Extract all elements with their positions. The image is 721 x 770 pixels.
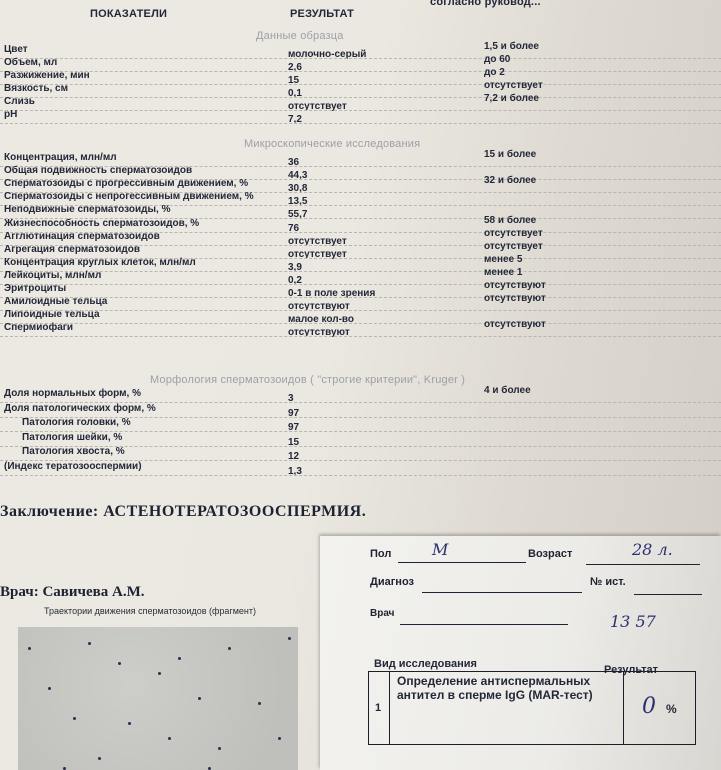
- result-row: Амилоидные тельцаотсутствуютотсутствуют: [0, 296, 721, 310]
- history-number-field: [634, 594, 702, 595]
- diagnosis-label: Диагноз: [370, 576, 414, 588]
- cell-dot: [73, 717, 76, 720]
- result-row: Лейкоциты, млн/мл0,2менее 1: [0, 270, 721, 284]
- antibody-test-table: 1 Определение антиспермальных антител в …: [368, 671, 696, 745]
- result-row: Патология головки, %97: [0, 417, 721, 431]
- row-norm: отсутствует: [484, 228, 543, 239]
- section-title: Микроскопические исследования: [244, 138, 420, 150]
- row-norm: 15 и более: [484, 149, 536, 160]
- row-norm: 58 и более: [484, 215, 536, 226]
- row-label: Эритроциты: [4, 283, 66, 294]
- section-title: Данные образца: [256, 30, 344, 42]
- section-title: Морфология сперматозоидов ( "строгие кри…: [150, 374, 465, 386]
- row-norm: менее 5: [484, 254, 522, 265]
- result-row: Разжижение, мин15до 2: [0, 70, 721, 84]
- result-row: Патология хвоста, %12: [0, 446, 721, 460]
- cell-dot: [28, 647, 31, 650]
- result-row: Неподвижные сперматозоиды, %55,7: [0, 204, 721, 218]
- row-label: Неподвижные сперматозоиды, %: [4, 204, 170, 215]
- row-norm: 4 и более: [484, 385, 531, 396]
- row-label: Цвет: [4, 44, 28, 55]
- result-row: Доля патологических форм, %97: [0, 403, 721, 417]
- row-norm: менее 1: [484, 267, 522, 278]
- row-label: Патология хвоста, %: [22, 446, 125, 457]
- row-divider: [0, 336, 721, 337]
- conclusion: Заключение: АСТЕНОТЕРАТОЗООСПЕРМИЯ.: [0, 503, 366, 521]
- test-number: 1: [375, 702, 381, 714]
- cell-dot: [168, 737, 171, 740]
- row-label: Липоидные тельца: [4, 309, 100, 320]
- result-row: Эритроциты0-1 в поле зренияотсутствуют: [0, 283, 721, 297]
- test-name: Определение антиспермальных антител в сп…: [397, 674, 617, 702]
- sex-label: Пол: [370, 548, 391, 560]
- row-label: Общая подвижность сперматозоидов: [4, 165, 192, 176]
- table-header-type: Вид исследования: [374, 658, 477, 670]
- row-norm: отсутствует: [484, 80, 543, 91]
- form-doctor-label: Врач: [370, 608, 394, 619]
- row-norm: 1,5 и более: [484, 41, 539, 52]
- row-label: Агрегация сперматозоидов: [4, 244, 140, 255]
- row-label: Патология шейки, %: [22, 432, 122, 443]
- row-label: Вязкость, см: [4, 83, 68, 94]
- handwritten-time: 13 57: [610, 612, 656, 631]
- cell-dot: [118, 662, 121, 665]
- test-result-value: 0: [642, 694, 656, 719]
- row-norm: до 60: [484, 54, 510, 65]
- header-result: РЕЗУЛЬТАТ: [290, 8, 354, 20]
- cell-dot: [218, 747, 221, 750]
- cell-dot: [198, 697, 201, 700]
- row-label: Сперматозоиды с прогрессивным движением,…: [4, 178, 248, 189]
- row-label: Спермиофаги: [4, 322, 73, 333]
- doctor-name: Врач: Савичева А.М.: [0, 584, 145, 601]
- row-norm: отсутствуют: [484, 280, 546, 291]
- row-label: Доля патологических форм, %: [4, 403, 156, 414]
- row-label: Слизь: [4, 96, 35, 107]
- row-label: Жизнеспособность сперматозоидов, %: [4, 218, 199, 229]
- row-label: Лейкоциты, млн/мл: [4, 270, 101, 281]
- header-norm: согласно руковод...: [430, 0, 541, 8]
- row-label: Агглютинация сперматозоидов: [4, 231, 160, 242]
- cell-dot: [278, 737, 281, 740]
- row-norm: до 2: [484, 67, 505, 78]
- result-row: Агглютинация сперматозоидовотсутствуетот…: [0, 231, 721, 245]
- result-row: Слизьотсутствует7,2 и более: [0, 96, 721, 110]
- result-row: Спермиофагиотсутствуютотсутствуют: [0, 322, 721, 336]
- row-norm: 32 и более: [484, 175, 536, 186]
- row-label: Объем, мл: [4, 57, 57, 68]
- row-label: Амилоидные тельца: [4, 296, 107, 307]
- result-row: Липоидные тельцамалое кол-во: [0, 309, 721, 323]
- row-label: Доля нормальных форм, %: [4, 388, 141, 399]
- result-row: Патология шейки, %15: [0, 432, 721, 446]
- row-norm: отсутствует: [484, 241, 543, 252]
- cell-dot: [228, 647, 231, 650]
- cell-dot: [158, 672, 161, 675]
- row-divider: [0, 123, 721, 124]
- cell-dot: [178, 657, 181, 660]
- result-row: Цветмолочно-серый1,5 и более: [0, 44, 721, 58]
- row-label: Сперматозоиды с непрогессивным движением…: [4, 191, 254, 202]
- cell-dot: [88, 642, 91, 645]
- diagnosis-field: [422, 592, 582, 593]
- microscopy-image: [18, 627, 298, 770]
- row-label: Концентрация круглых клеток, млн/мл: [4, 257, 196, 268]
- result-row: Доля нормальных форм, %34 и более: [0, 388, 721, 402]
- result-row: Агрегация сперматозоидовотсутствуетотсут…: [0, 244, 721, 258]
- age-label: Возраст: [528, 548, 572, 560]
- result-row: Сперматозоиды с прогрессивным движением,…: [0, 178, 721, 192]
- result-row: Жизнеспособность сперматозоидов, %7658 и…: [0, 218, 721, 232]
- history-number-label: № ист.: [590, 576, 626, 588]
- row-label: Концентрация, млн/мл: [4, 152, 117, 163]
- test-result-cell: 0 %: [623, 672, 696, 744]
- sex-value: М: [432, 540, 448, 559]
- row-divider: [0, 475, 721, 476]
- sex-field: [398, 562, 526, 563]
- cell-dot: [258, 702, 261, 705]
- row-norm: отсутствуют: [484, 293, 546, 304]
- age-field: [586, 564, 700, 565]
- row-label: (Индекс тератозооспермии): [4, 461, 142, 472]
- row-norm: 7,2 и более: [484, 93, 539, 104]
- form-doctor-field: [400, 624, 568, 625]
- trajectory-caption: Траектории движения сперматозоидов (фраг…: [44, 606, 256, 616]
- header-indicator: ПОКАЗАТЕЛИ: [90, 8, 167, 20]
- test-result-unit: %: [666, 702, 677, 716]
- result-row: Концентрация, млн/мл3615 и более: [0, 152, 721, 166]
- result-row: Концентрация круглых клеток, млн/мл3,9ме…: [0, 257, 721, 271]
- cell-dot: [128, 722, 131, 725]
- row-label: Разжижение, мин: [4, 70, 90, 81]
- result-row: (Индекс тератозооспермии)1,3: [0, 461, 721, 475]
- result-row: Общая подвижность сперматозоидов44,3: [0, 165, 721, 179]
- result-row: Вязкость, см0,1отсутствует: [0, 83, 721, 97]
- result-row: Объем, мл2,6до 60: [0, 57, 721, 71]
- result-row: Сперматозоиды с непрогессивным движением…: [0, 191, 721, 205]
- row-label: pH: [4, 109, 17, 120]
- lab-report-page: ПОКАЗАТЕЛИ РЕЗУЛЬТАТ согласно руковод...…: [0, 0, 721, 770]
- test-number-cell: 1: [369, 672, 390, 744]
- cell-dot: [288, 637, 291, 640]
- row-norm: отсутствуют: [484, 319, 546, 330]
- cell-dot: [48, 687, 51, 690]
- age-value: 28 л.: [632, 540, 673, 559]
- row-label: Патология головки, %: [22, 417, 131, 428]
- cell-dot: [98, 757, 101, 760]
- result-row: pH7,2: [0, 109, 721, 123]
